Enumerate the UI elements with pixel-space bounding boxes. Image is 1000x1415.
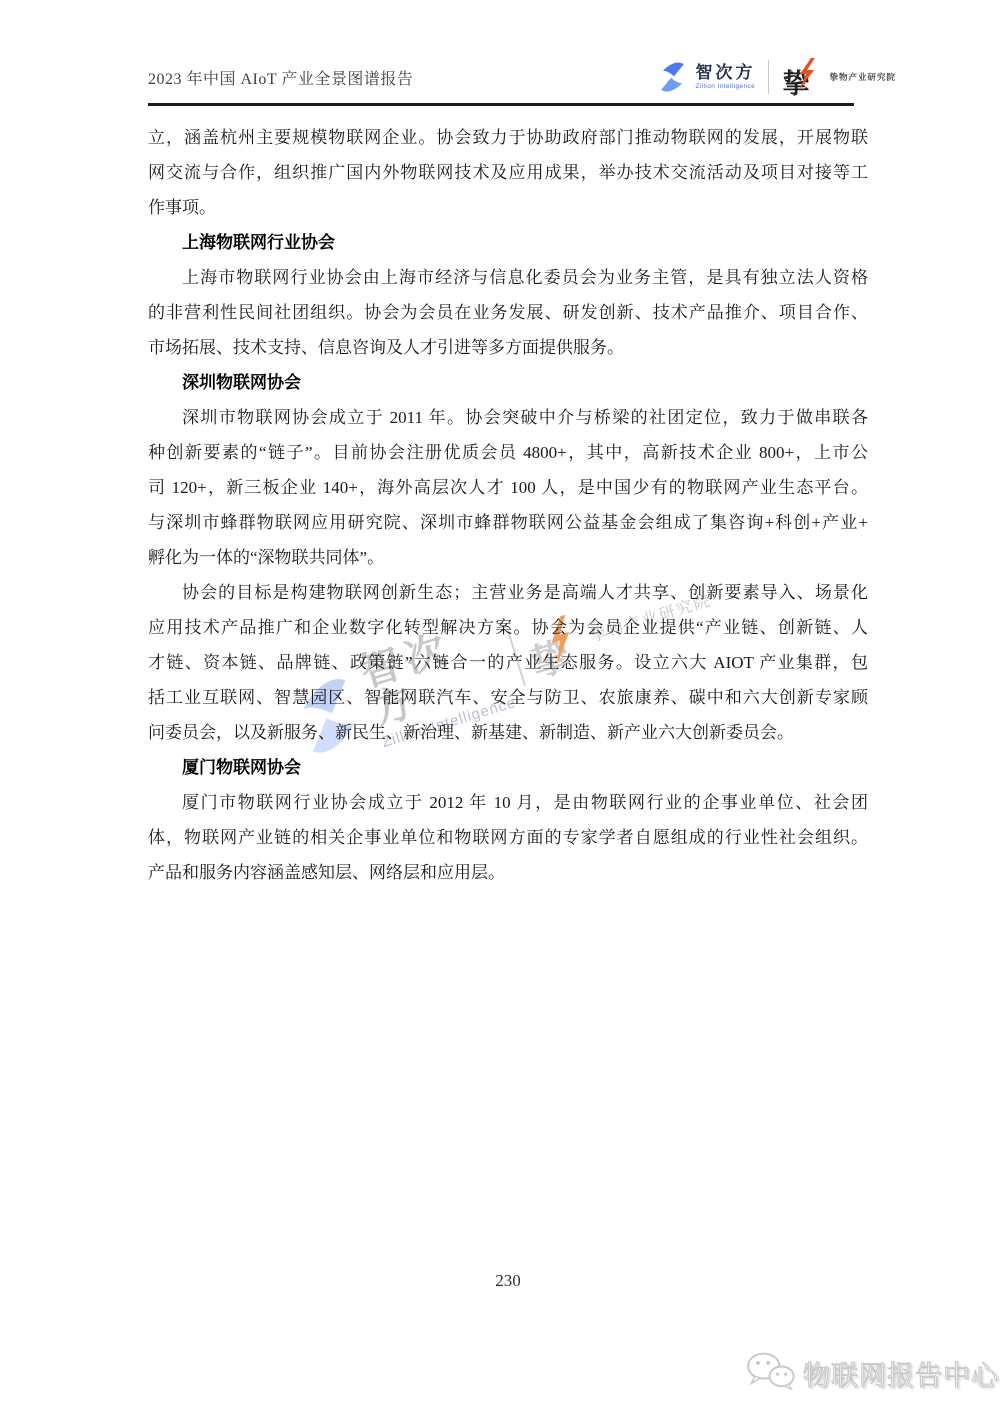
text-line: 体，物联网产业链的相关企事业单位和物联网方面的专家学者自愿组成的行业性社会组织。 <box>148 820 868 855</box>
wechat-icon <box>745 1351 795 1396</box>
zhiwu-logo: 挚 <box>782 58 820 96</box>
header-rule <box>148 103 854 106</box>
text-line: 孵化为一体的“深物联共同体”。 <box>148 540 868 575</box>
text-line: 立，涵盖杭州主要规模物联网企业。协会致力于协助政府部门推动物联网的发展，开展物联 <box>148 120 868 155</box>
text-line: 司 120+，新三板企业 140+，海外高层次人才 100 人，是中国少有的物联… <box>148 470 868 505</box>
paragraph: 立，涵盖杭州主要规模物联网企业。协会致力于协助政府部门推动物联网的发展，开展物联… <box>148 120 868 225</box>
logo-divider <box>768 60 769 94</box>
text-line: 应用技术产品推广和企业数字化转型解决方案。协会为会员企业提供“产业链、创新链、人 <box>148 610 868 645</box>
zillion-brand: 智次方 Zillion Intelligence <box>695 64 755 91</box>
page-number: 230 <box>148 1271 868 1291</box>
text-line: 市场拓展、技术支持、信息咨询及人才引进等多方面提供服务。 <box>148 330 868 365</box>
text-line: 厦门市物联网行业协会成立于 2012 年 10 月，是由物联网行业的企事业单位、… <box>148 785 868 820</box>
text-line: 与深圳市蜂群物联网应用研究院、深圳市蜂群物联网公益基金会组成了集咨询+科创+产业… <box>148 505 868 540</box>
text-line: 种创新要素的“链子”。目前协会注册优质会员 4800+，其中，高新技术企业 80… <box>148 435 868 470</box>
text-line: 产品和服务内容涵盖感知层、网络层和应用层。 <box>148 855 868 890</box>
section-heading: 上海物联网行业协会 <box>148 225 868 260</box>
paragraph: 上海市物联网行业协会由上海市经济与信息化委员会为业务主管，是具有独立法人资格的非… <box>148 260 868 365</box>
section-heading: 深圳物联网协会 <box>148 365 868 400</box>
report-title: 2023 年中国 AIoT 产业全景图谱报告 <box>148 66 413 89</box>
text-line: 才链、资本链、品牌链、政策链”六链合一的产业生态服务。设立六大 AIOT 产业集… <box>148 645 868 680</box>
paragraph: 协会的目标是构建物联网创新生态；主营业务是高端人才共享、创新要素导入、场景化应用… <box>148 575 868 750</box>
institute-name: 挚物产业研究院 <box>829 71 896 83</box>
text-line: 协会的目标是构建物联网创新生态；主营业务是高端人才共享、创新要素导入、场景化 <box>148 575 868 610</box>
brand-logos: 智次方 Zillion Intelligence 挚 挚物产业研究院 <box>659 58 896 96</box>
text-line: 的非营利性民间社团组织。协会为会员在业务发展、研发创新、技术产品推介、项目合作、 <box>148 295 868 330</box>
text-line: 作事项。 <box>148 190 868 225</box>
paragraph: 厦门市物联网行业协会成立于 2012 年 10 月，是由物联网行业的企事业单位、… <box>148 785 868 890</box>
brand-name-cn: 智次方 <box>695 64 755 81</box>
report-page: 2023 年中国 AIoT 产业全景图谱报告 智次方 Zillion Intel… <box>0 0 1000 1415</box>
zillion-z-icon <box>659 59 686 95</box>
text-line: 括工业互联网、智慧园区、智能网联汽车、安全与防卫、农旅康养、碳中和六大创新专家顾 <box>148 680 868 715</box>
paragraph: 深圳市物联网协会成立于 2011 年。协会突破中介与桥梁的社团定位，致力于做串联… <box>148 400 868 575</box>
section-heading: 厦门物联网协会 <box>148 750 868 785</box>
text-line: 问委员会，以及新服务、新民生、新治理、新基建、新制造、新产业六大创新委员会。 <box>148 715 868 750</box>
text-line: 深圳市物联网协会成立于 2011 年。协会突破中介与桥梁的社团定位，致力于做串联… <box>148 400 868 435</box>
lightning-bolt-icon <box>798 58 816 97</box>
brand-name-en: Zillion Intelligence <box>695 84 755 91</box>
text-line: 上海市物联网行业协会由上海市经济与信息化委员会为业务主管，是具有独立法人资格 <box>148 260 868 295</box>
text-content: 立，涵盖杭州主要规模物联网企业。协会致力于协助政府部门推动物联网的发展，开展物联… <box>148 120 868 890</box>
report-center-badge: 物联网报告中心 <box>745 1349 999 1397</box>
text-line: 网交流与合作，组织推广国内外物联网技术及应用成果，举办技术交流活动及项目对接等工 <box>148 155 868 190</box>
badge-label: 物联网报告中心 <box>803 1354 999 1393</box>
page-header: 2023 年中国 AIoT 产业全景图谱报告 智次方 Zillion Intel… <box>148 54 896 100</box>
